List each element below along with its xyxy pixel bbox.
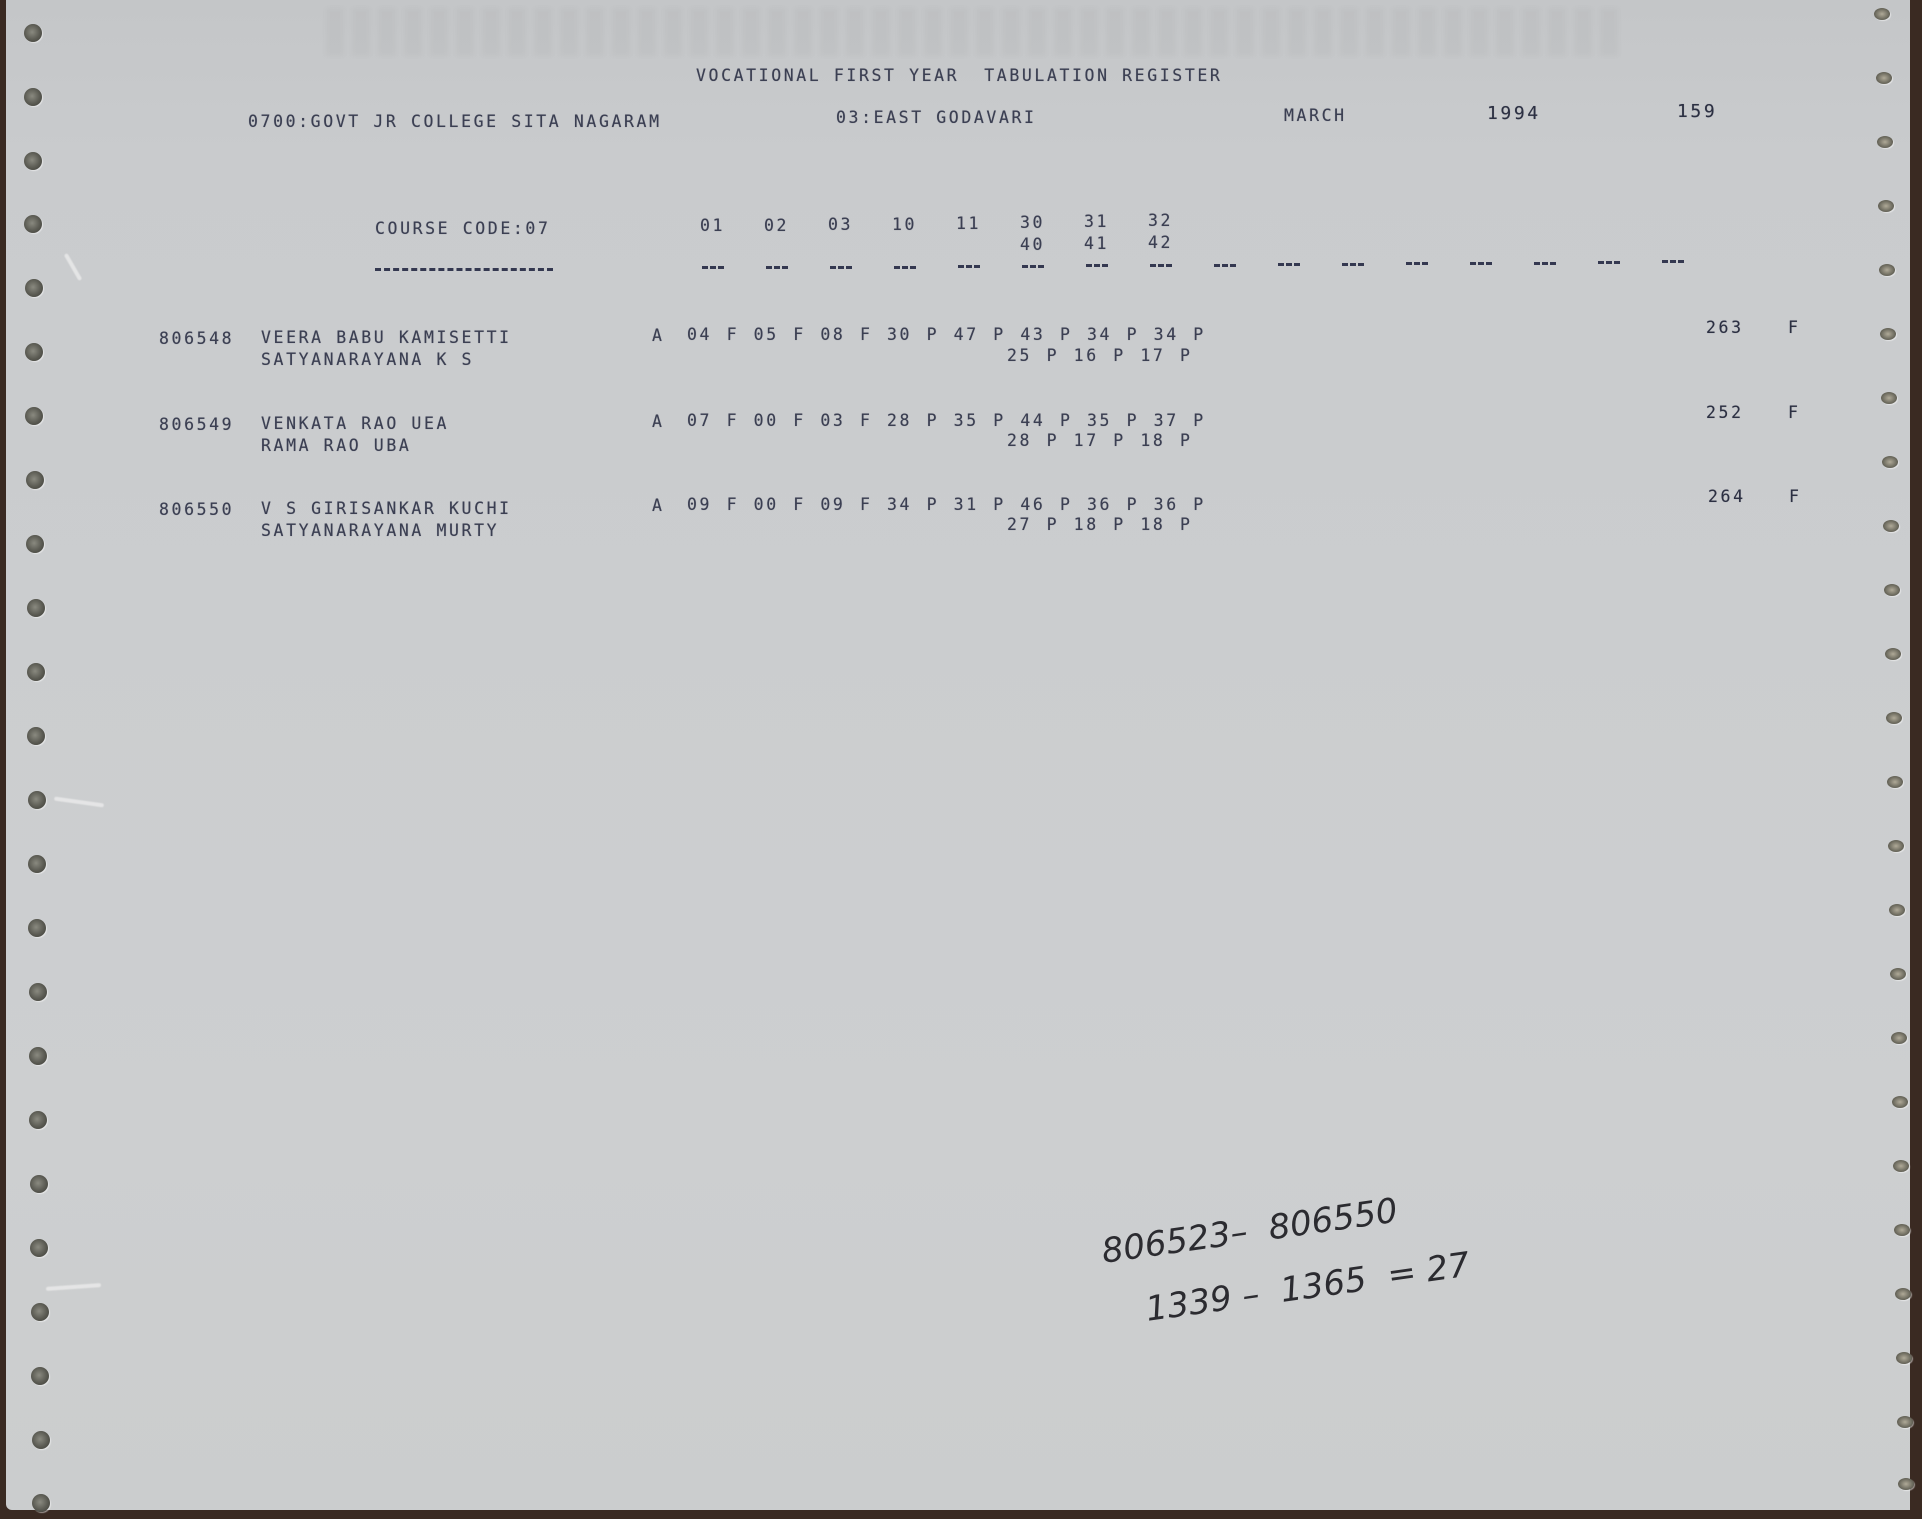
feed-hole — [1888, 840, 1904, 852]
feed-hole — [26, 535, 44, 553]
feed-hole — [25, 343, 43, 361]
column-separator — [894, 266, 916, 269]
feed-hole — [24, 215, 42, 233]
exam-year: 1994 — [1487, 104, 1541, 124]
feed-hole — [28, 791, 46, 809]
column-separator — [1150, 264, 1172, 267]
feed-hole — [31, 1303, 49, 1321]
result-status: F — [1788, 318, 1801, 338]
page-number: 159 — [1677, 102, 1717, 122]
course-code-underline — [375, 268, 553, 271]
column-separator — [1406, 262, 1428, 265]
paper-tear-mark — [64, 253, 82, 281]
feed-hole — [1887, 776, 1903, 788]
total-marks: 264 — [1708, 487, 1746, 507]
total-marks: 252 — [1706, 403, 1744, 423]
column-header: 10 — [892, 215, 917, 235]
column-header-second: 41 — [1084, 234, 1109, 254]
marks-line-1: 07 F 00 F 03 F 28 P 35 P 44 P 35 P 37 P — [687, 411, 1206, 431]
feed-hole — [24, 152, 42, 170]
feed-hole — [1881, 392, 1897, 404]
marks-line-2: 28 P 17 P 18 P — [1007, 431, 1192, 451]
feed-hole — [1893, 1160, 1909, 1172]
feed-hole — [25, 407, 43, 425]
student-name: VENKATA RAO UEA — [261, 414, 449, 434]
feed-hole — [1894, 1224, 1910, 1236]
feed-hole — [29, 1111, 47, 1129]
feed-hole — [1892, 1096, 1908, 1108]
marks-line-1: 04 F 05 F 08 F 30 P 47 P 43 P 34 P 34 P — [687, 325, 1206, 345]
column-separator — [1662, 260, 1684, 263]
feed-hole — [1879, 264, 1895, 276]
feed-hole — [1891, 1032, 1907, 1044]
feed-hole — [1877, 136, 1893, 148]
feed-hole — [26, 471, 44, 489]
course-code: COURSE CODE:07 — [375, 219, 550, 239]
column-separator — [1086, 264, 1108, 267]
column-header: 03 — [828, 215, 853, 235]
column-separator — [1470, 262, 1492, 265]
column-separator — [958, 265, 980, 268]
feed-hole — [28, 855, 46, 873]
column-header-second: 40 — [1020, 235, 1045, 255]
feed-hole — [1896, 1352, 1912, 1364]
feed-hole — [27, 727, 45, 745]
feed-hole — [1890, 968, 1906, 980]
column-header: 32 — [1148, 211, 1173, 231]
column-separator — [1342, 263, 1364, 266]
feed-hole — [27, 599, 45, 617]
category: A — [652, 412, 665, 432]
father-name: RAMA RAO UBA — [261, 436, 411, 456]
column-header: 01 — [700, 216, 725, 236]
column-separator — [1214, 264, 1236, 267]
feed-hole — [24, 88, 42, 106]
column-header: 02 — [764, 216, 789, 236]
column-separator — [1534, 262, 1556, 265]
category: A — [652, 326, 665, 346]
feed-hole — [1883, 520, 1899, 532]
paper-tear-mark — [54, 797, 104, 808]
feed-hole — [1884, 584, 1900, 596]
feed-hole — [1882, 456, 1898, 468]
exam-month: MARCH — [1284, 106, 1347, 126]
feed-hole — [27, 663, 45, 681]
column-separator — [766, 266, 788, 269]
feed-hole — [1876, 72, 1892, 84]
feed-hole — [1889, 904, 1905, 916]
feed-hole — [29, 1047, 47, 1065]
feed-hole — [31, 1367, 49, 1385]
column-separator — [830, 266, 852, 269]
feed-hole — [24, 24, 42, 42]
column-separator — [702, 266, 724, 269]
hall-ticket-number: 806549 — [159, 415, 234, 435]
feed-hole — [32, 1431, 50, 1449]
column-header: 31 — [1084, 212, 1109, 232]
student-name: VEERA BABU KAMISETTI — [261, 328, 512, 348]
tabulation-sheet: VOCATIONAL FIRST YEAR TABULATION REGISTE… — [6, 0, 1910, 1510]
column-header-second: 42 — [1148, 233, 1173, 253]
feed-hole — [30, 1175, 48, 1193]
student-name: V S GIRISANKAR KUCHI — [261, 499, 512, 519]
feed-hole — [30, 1239, 48, 1257]
hall-ticket-number: 806548 — [159, 329, 234, 349]
district-name: 03:EAST GODAVARI — [836, 108, 1037, 128]
feed-hole — [1885, 648, 1901, 660]
feed-hole — [1897, 1416, 1913, 1428]
category: A — [652, 496, 665, 516]
hall-ticket-number: 806550 — [159, 500, 234, 520]
feed-hole — [1880, 328, 1896, 340]
feed-hole — [1886, 712, 1902, 724]
feed-hole — [29, 983, 47, 1001]
column-separator — [1278, 263, 1300, 266]
father-name: SATYANARAYANA MURTY — [261, 521, 499, 541]
feed-hole — [1898, 1478, 1914, 1490]
faded-bleedthrough-text — [326, 8, 1626, 56]
college-name: 0700:GOVT JR COLLEGE SITA NAGARAM — [248, 112, 662, 132]
total-marks: 263 — [1706, 318, 1744, 338]
result-status: F — [1789, 487, 1802, 507]
paper-tear-mark — [46, 1283, 101, 1291]
column-separator — [1022, 265, 1044, 268]
father-name: SATYANARAYANA K S — [261, 350, 474, 370]
marks-line-2: 25 P 16 P 17 P — [1007, 346, 1192, 366]
feed-hole — [25, 279, 43, 297]
marks-line-2: 27 P 18 P 18 P — [1007, 515, 1192, 535]
register-title: VOCATIONAL FIRST YEAR TABULATION REGISTE… — [696, 66, 1222, 86]
feed-hole — [1874, 8, 1890, 20]
feed-hole — [1895, 1288, 1911, 1300]
column-separator — [1598, 261, 1620, 264]
result-status: F — [1788, 403, 1801, 423]
feed-hole — [28, 919, 46, 937]
column-header: 11 — [956, 214, 981, 234]
marks-line-1: 09 F 00 F 09 F 34 P 31 P 46 P 36 P 36 P — [687, 495, 1206, 515]
feed-hole — [1878, 200, 1894, 212]
feed-hole — [32, 1494, 50, 1512]
column-header: 30 — [1020, 213, 1045, 233]
